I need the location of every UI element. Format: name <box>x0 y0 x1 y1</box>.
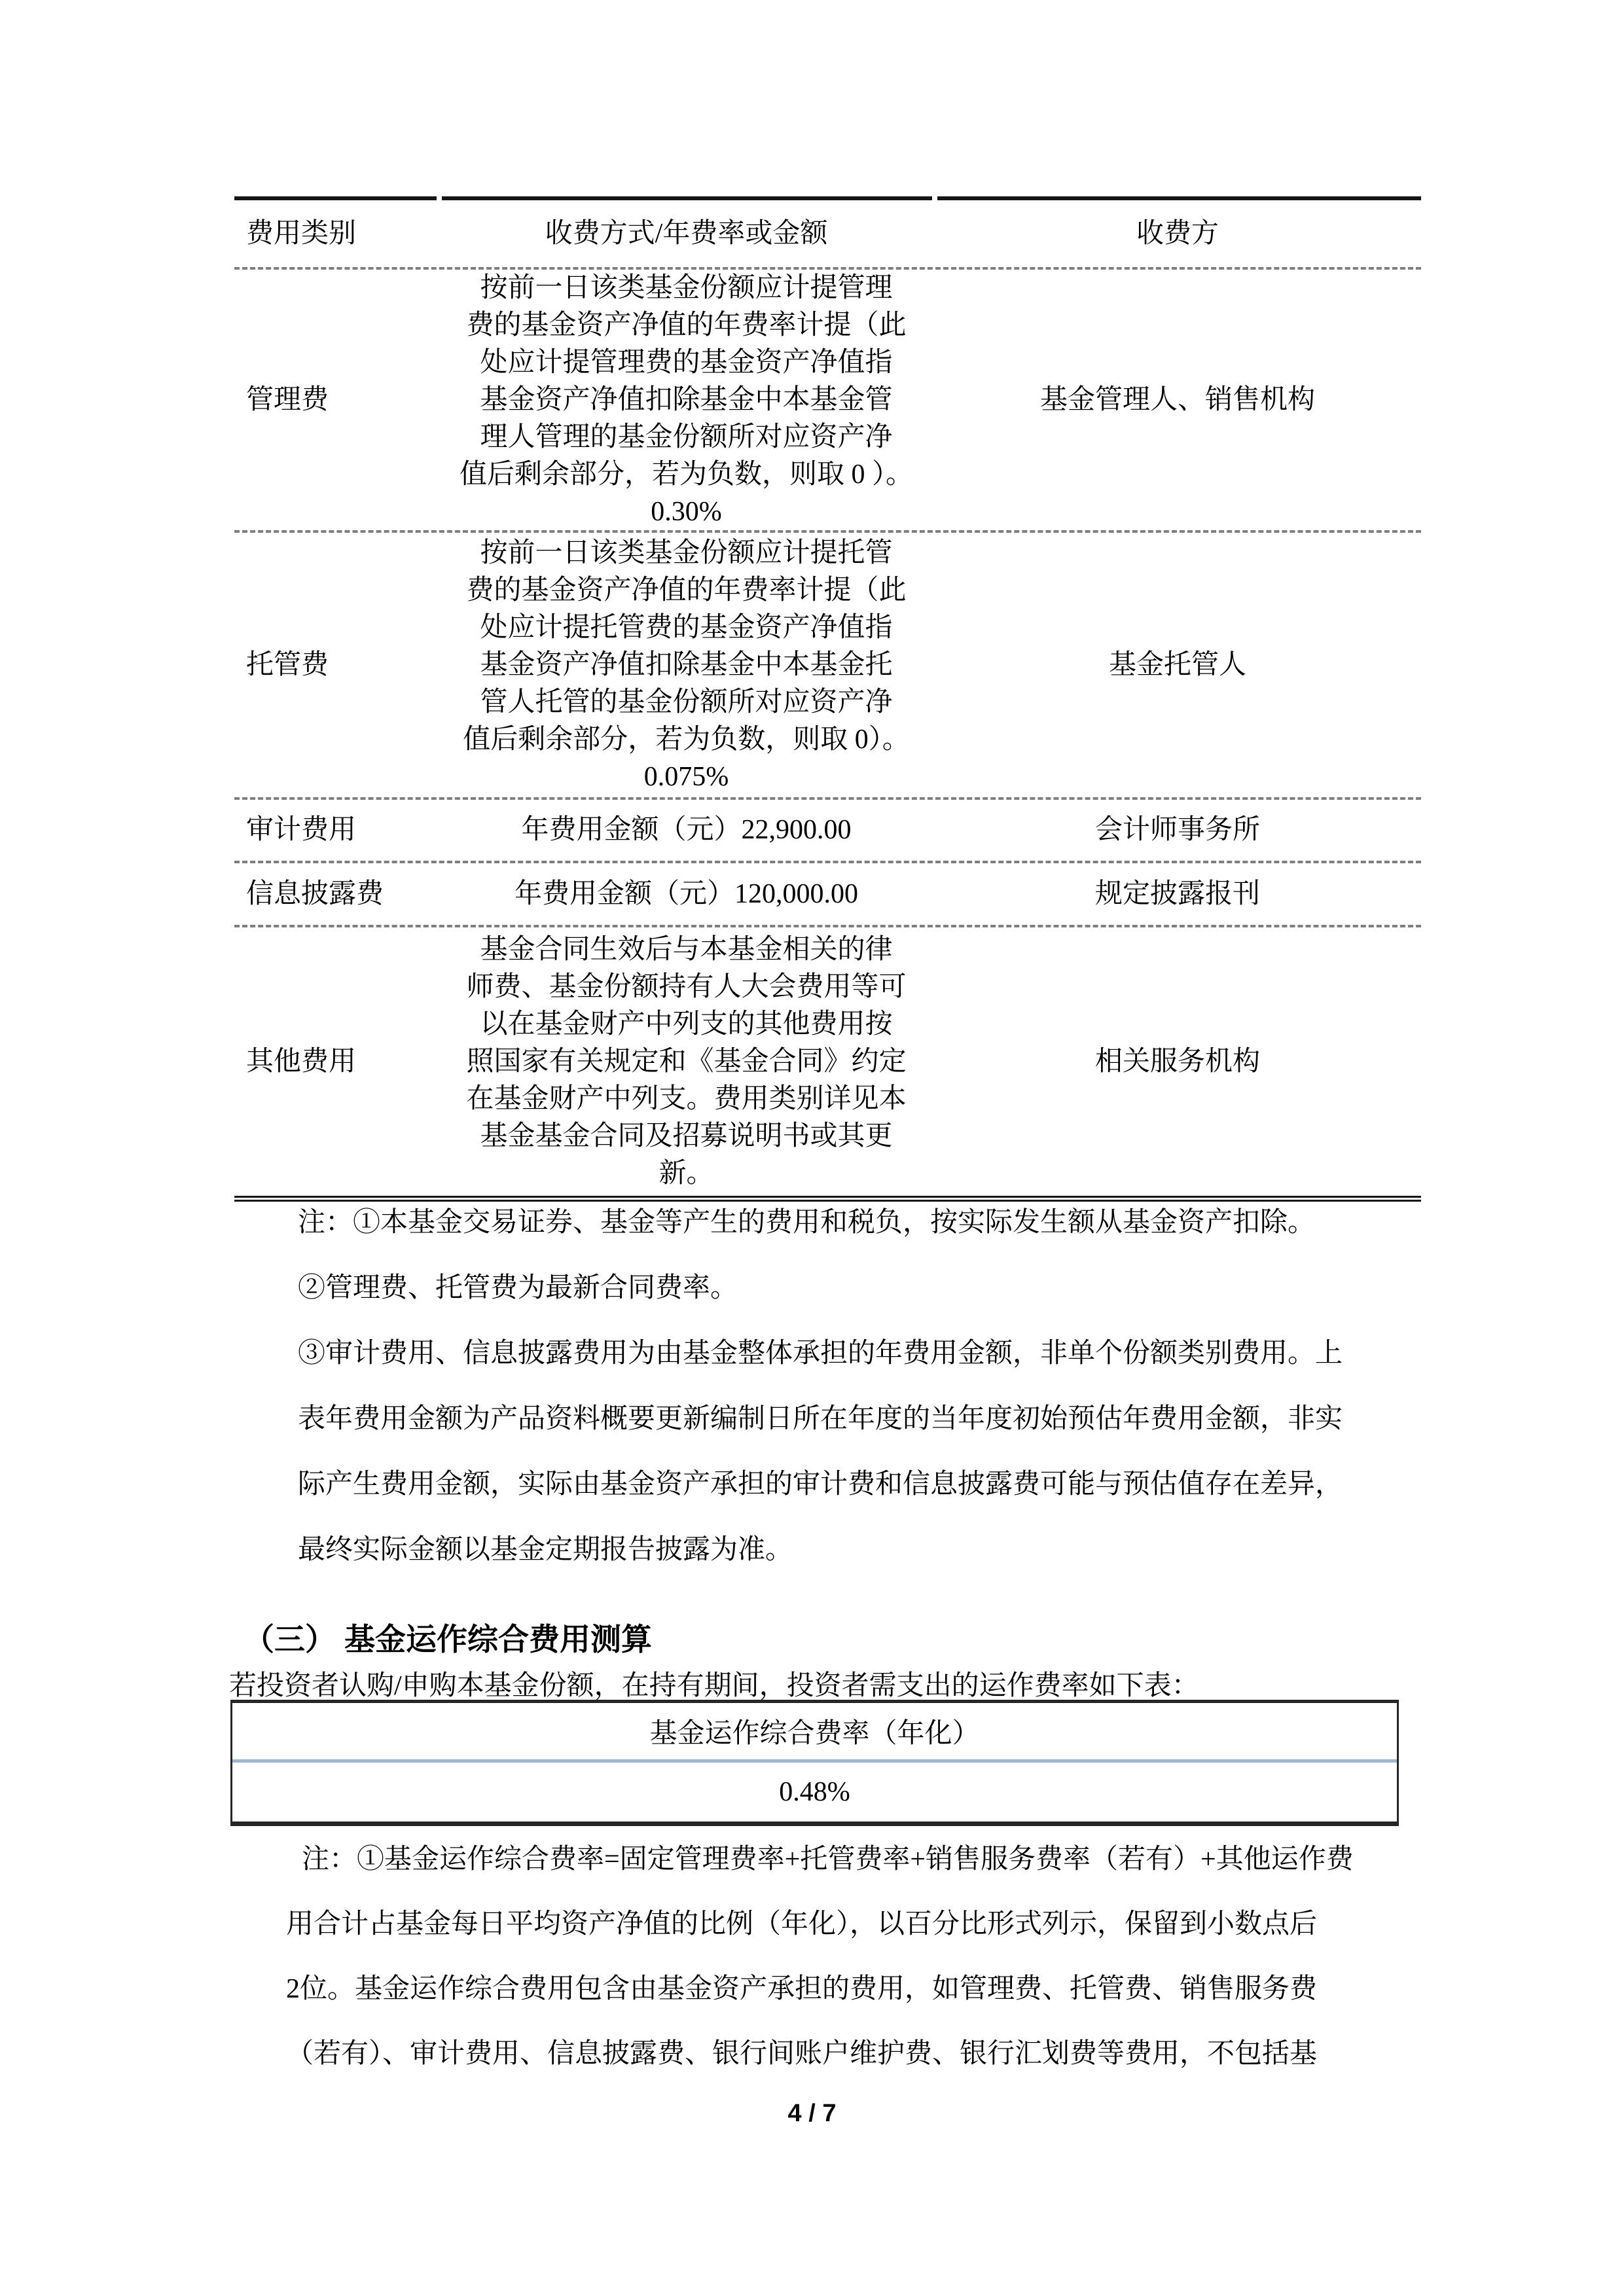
fee-table-header-payee: 收费方 <box>934 200 1421 267</box>
fee-category: 管理费 <box>234 270 439 531</box>
fee-table-notes: 注：①本基金交易证券、基金等产生的费用和税负，按实际发生额从基金资产扣除。 ②管… <box>298 1190 1411 1583</box>
fee-category: 审计费用 <box>234 800 439 861</box>
operating-rate-table-header: 基金运作综合费率（年化） <box>232 1703 1397 1763</box>
fee-method: 年费用金额（元）120,000.00 <box>439 863 934 925</box>
table-row-disclosure-fee: 信息披露费 年费用金额（元）120,000.00 规定披露报刊 <box>234 863 1421 927</box>
operating-rate-notes: 注：①基金运作综合费率=固定管理费率+托管费率+销售服务费率（若有）+其他运作费… <box>286 1827 1409 2087</box>
fee-table-header-category: 费用类别 <box>234 200 439 267</box>
table-border-gap <box>932 196 937 200</box>
fee-payee: 基金管理人、销售机构 <box>934 270 1421 531</box>
operating-rate-table: 基金运作综合费率（年化） 0.48% <box>230 1700 1399 1826</box>
fee-payee: 会计师事务所 <box>934 800 1421 861</box>
page-number: 4 / 7 <box>0 2098 1624 2129</box>
fee-method: 年费用金额（元）22,900.00 <box>439 800 934 861</box>
fee-method: 按前一日该类基金份额应计提管理 费的基金资产净值的年费率计提（此 处应计提管理费… <box>439 270 934 531</box>
fee-table: 费用类别 收费方式/年费率或金额 收费方 管理费 按前一日该类基金份额应计提管理… <box>234 196 1421 1202</box>
fee-category: 其他费用 <box>234 927 439 1196</box>
note-2: ②管理费、托管费为最新合同费率。 <box>298 1255 1411 1321</box>
fee-category: 信息披露费 <box>234 863 439 925</box>
table-row-other-fee: 其他费用 基金合同生效后与本基金相关的律 师费、基金份额持有人大会费用等可 以在… <box>234 927 1421 1196</box>
note-1: 注：①本基金交易证券、基金等产生的费用和税负，按实际发生额从基金资产扣除。 <box>298 1190 1411 1255</box>
fee-table-header-method: 收费方式/年费率或金额 <box>439 200 934 267</box>
table-row-audit-fee: 审计费用 年费用金额（元）22,900.00 会计师事务所 <box>234 800 1421 863</box>
fee-category: 托管费 <box>234 533 439 797</box>
fee-payee: 规定披露报刊 <box>934 863 1421 925</box>
section-heading: （三） 基金运作综合费用测算 <box>244 1617 652 1662</box>
table-row-management-fee: 管理费 按前一日该类基金份额应计提管理 费的基金资产净值的年费率计提（此 处应计… <box>234 270 1421 533</box>
section-intro-text: 若投资者认购/申购本基金份额，在持有期间，投资者需支出的运作费率如下表： <box>229 1668 1407 1704</box>
table-row-custody-fee: 托管费 按前一日该类基金份额应计提托管 费的基金资产净值的年费率计提（此 处应计… <box>234 533 1421 800</box>
fee-payee: 基金托管人 <box>934 533 1421 797</box>
fee-table-header-row: 费用类别 收费方式/年费率或金额 收费方 <box>234 200 1421 270</box>
document-page: 费用类别 收费方式/年费率或金额 收费方 管理费 按前一日该类基金份额应计提管理… <box>0 0 1624 2296</box>
fee-payee: 相关服务机构 <box>934 927 1421 1196</box>
fee-method: 基金合同生效后与本基金相关的律 师费、基金份额持有人大会费用等可 以在基金财产中… <box>439 927 934 1196</box>
note-3: ③审计费用、信息披露费用为由基金整体承担的年费用金额，非单个份额类别费用。上 表… <box>298 1321 1411 1583</box>
fee-method: 按前一日该类基金份额应计提托管 费的基金资产净值的年费率计提（此 处应计提托管费… <box>439 533 934 797</box>
operating-rate-value: 0.48% <box>232 1763 1397 1821</box>
table-border-gap <box>437 196 442 200</box>
